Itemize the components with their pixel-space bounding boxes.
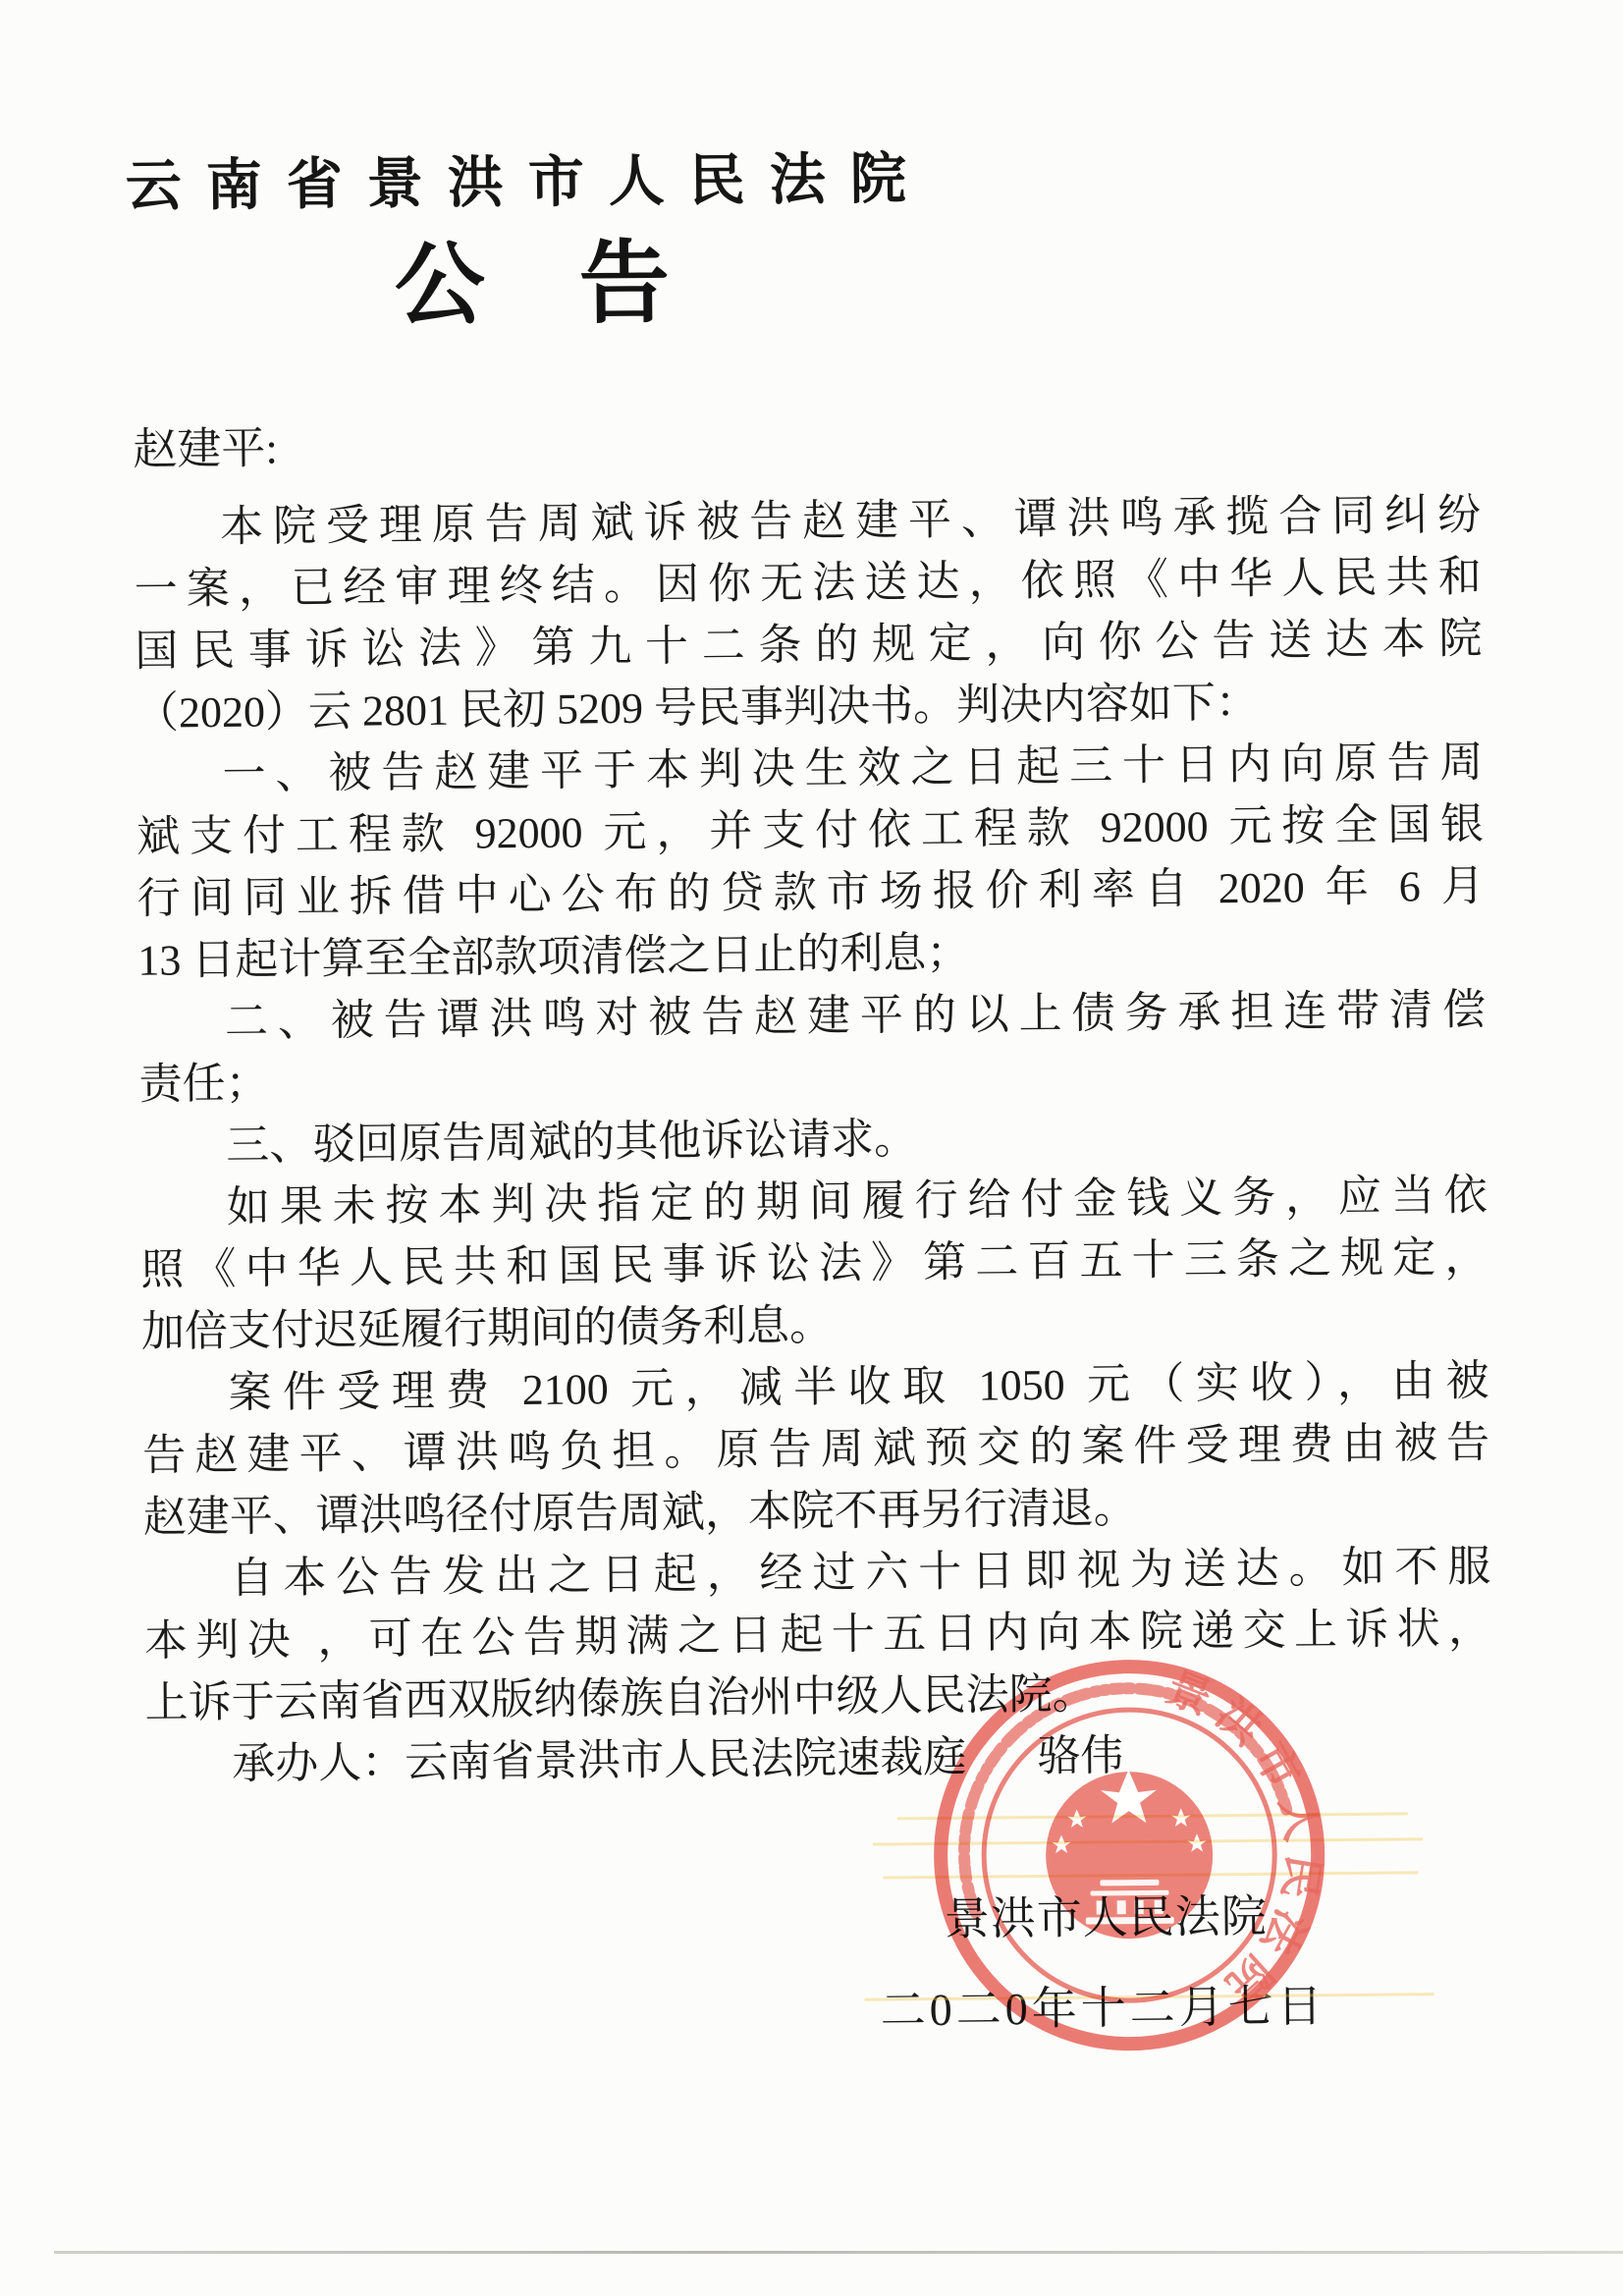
body-line: 二、被告谭洪鸣对被告赵建平的以上债务承担连带清偿 — [138, 979, 1487, 1054]
court-seal: 景洪市人民法院 — [905, 1632, 1353, 2088]
body-line: 国民事诉讼法》第九十二条的规定，向你公告送达本院 — [135, 608, 1483, 683]
court-title: 云南省景洪市人民法院 — [125, 134, 931, 222]
scan-bottom-edge — [54, 2251, 1623, 2254]
body-line: 行间同业拆借中心公布的贷款市场报价利率自 2020 年 6 月 — [136, 855, 1485, 930]
body-text: 本院受理原告周斌诉被告赵建平、谭洪鸣承揽合同纠纷 一案，已经审理终结。因你无法送… — [134, 484, 1493, 1796]
handler-office: 云南省景洪市人民法院速裁庭 — [405, 1733, 966, 1786]
handler-label: 承办人： — [232, 1738, 405, 1788]
body-line: 照《中华人民共和国民事诉讼法》第二百五十三条之规定， — [140, 1227, 1488, 1301]
body-line: 告赵建平、谭洪鸣负担。原告周斌预交的案件受理费由被告 — [142, 1412, 1490, 1487]
addressee: 赵建平: — [133, 418, 278, 478]
national-emblem-icon — [1045, 1769, 1214, 1940]
document-page: 云南省景洪市人民法院 公告 赵建平: 本院受理原告周斌诉被告赵建平、谭洪鸣承揽合… — [0, 0, 1623, 2296]
document-content: 云南省景洪市人民法院 公告 赵建平: 本院受理原告周斌诉被告赵建平、谭洪鸣承揽合… — [0, 0, 1623, 2296]
notice-title: 公告 — [394, 210, 764, 344]
